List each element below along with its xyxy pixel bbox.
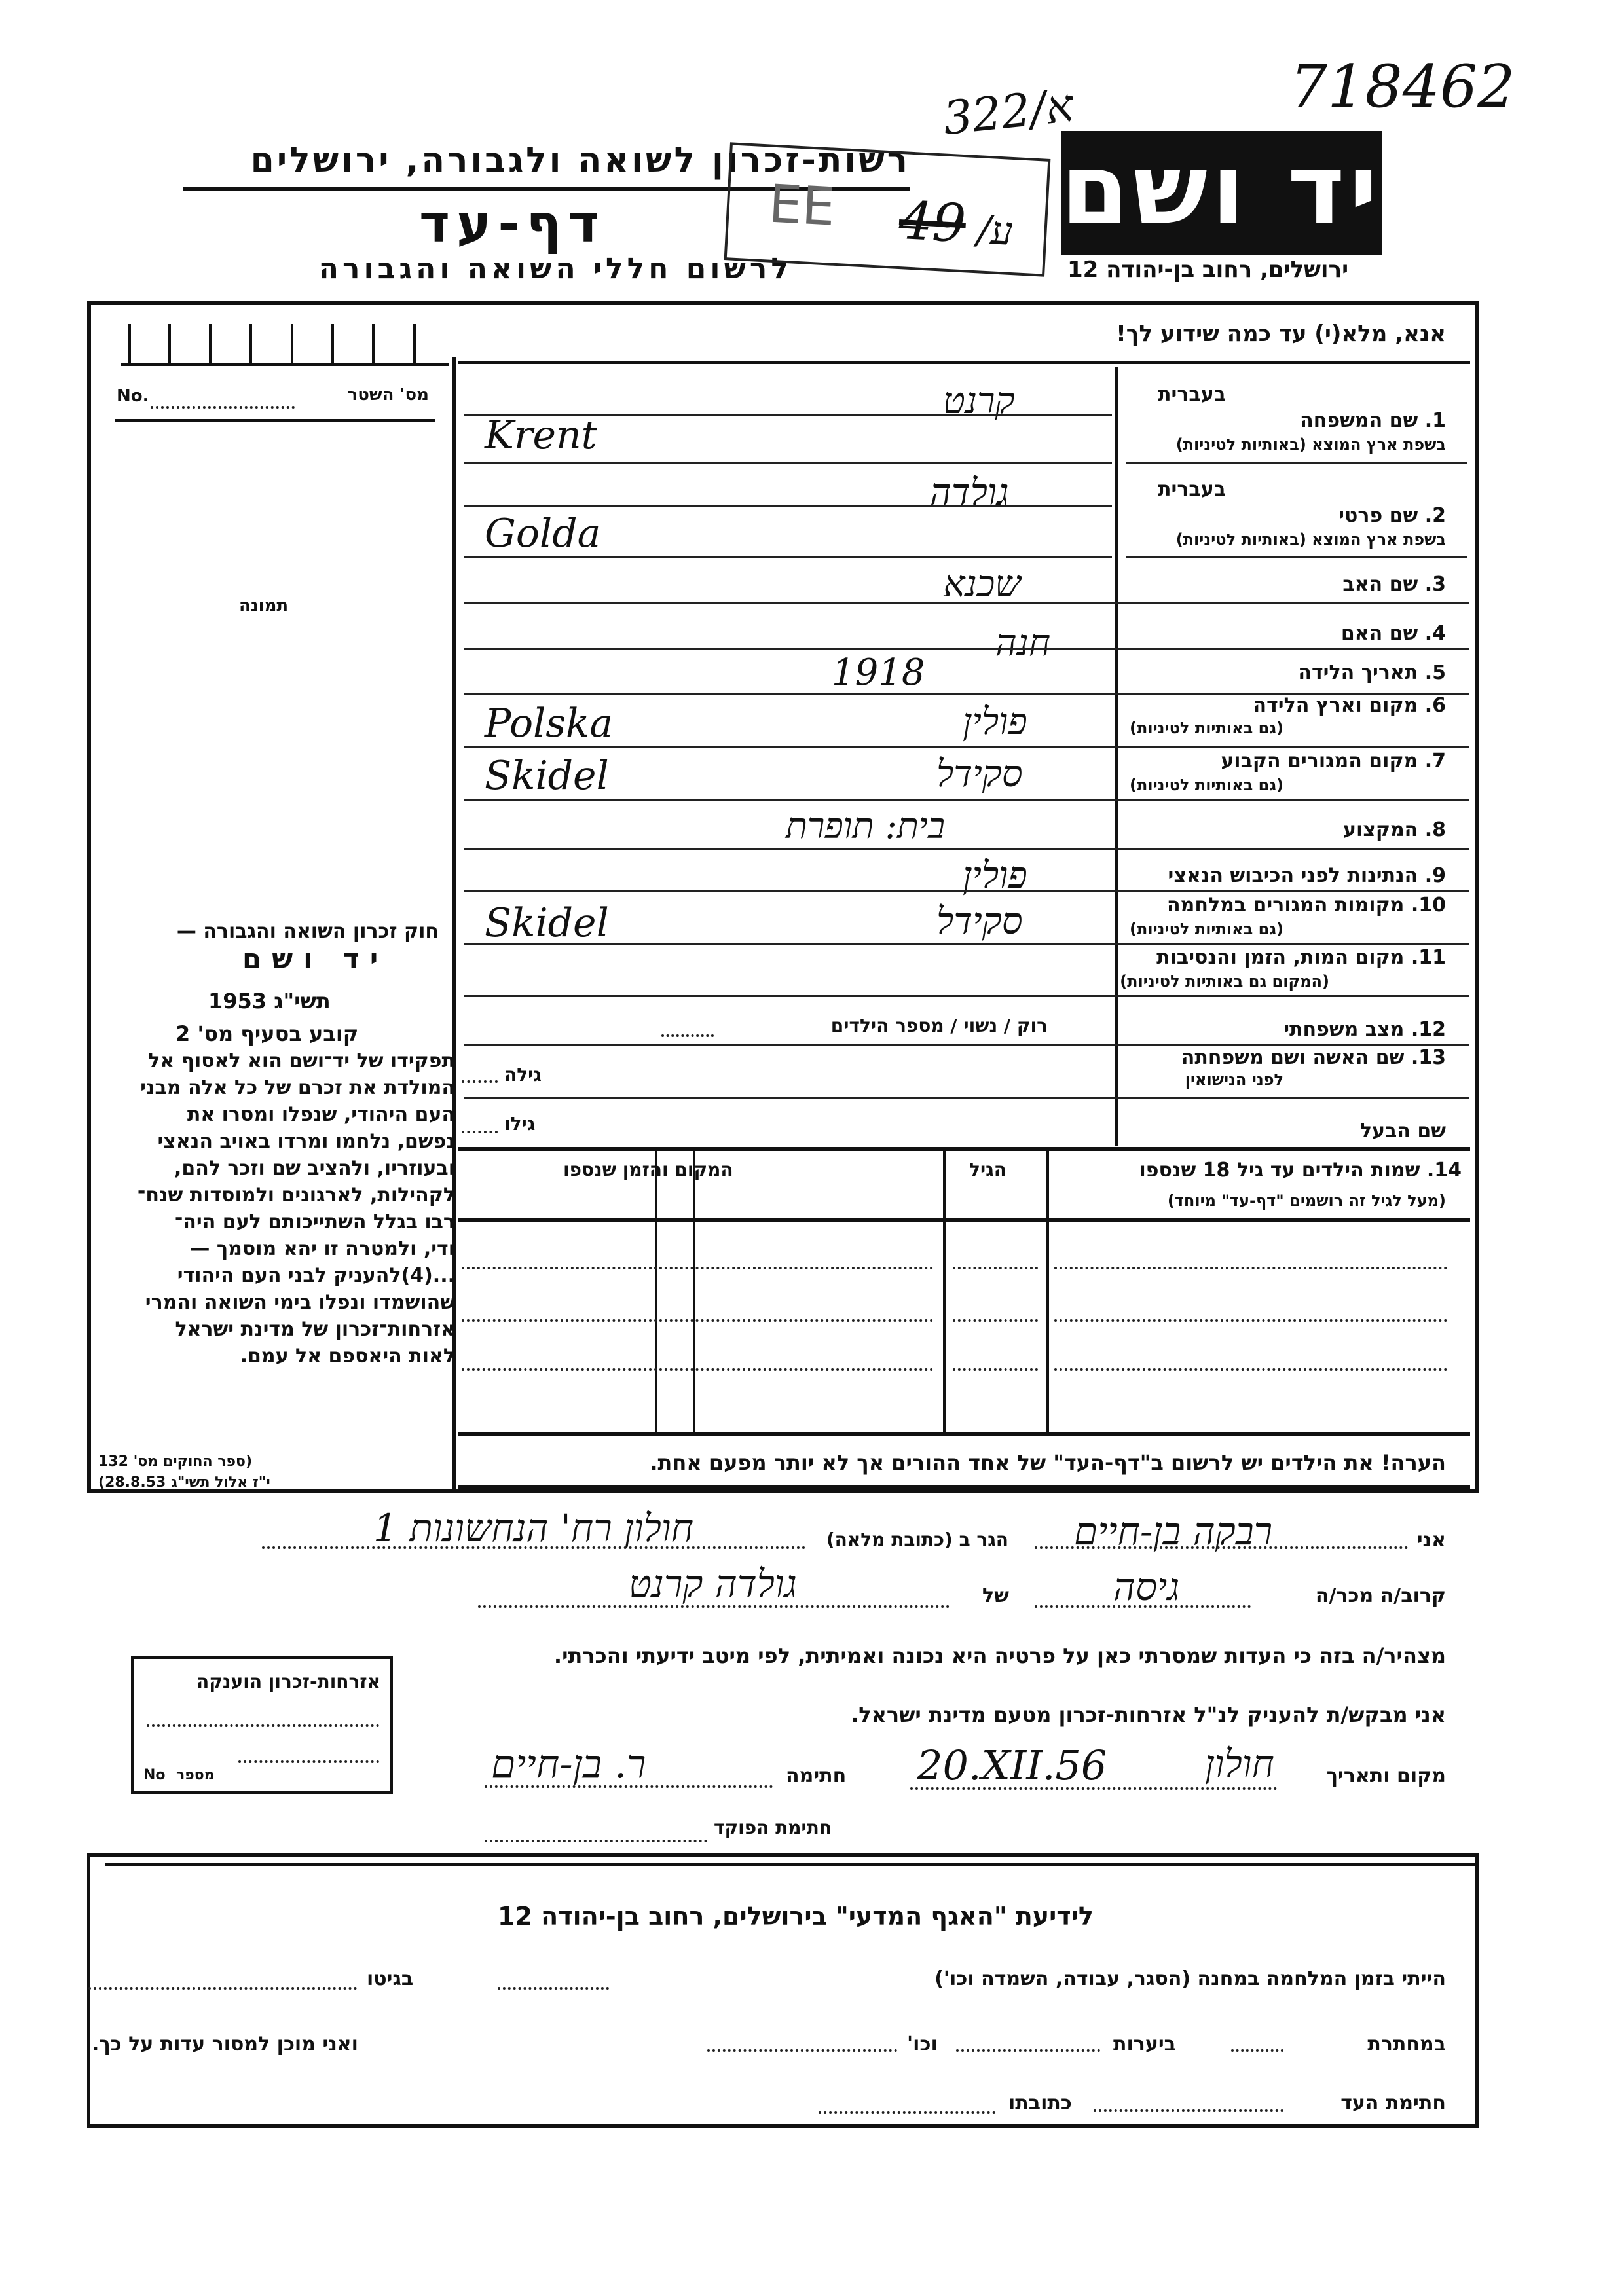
cert-no-prefix: No. (117, 386, 149, 406)
field-13-age-field[interactable] (462, 1080, 498, 1083)
field-6-latin-value[interactable]: Polska (485, 701, 613, 746)
field-12-options[interactable]: רוק / נשוי / מספר הילדים (831, 1015, 1048, 1036)
children-col-divider-1 (655, 1147, 657, 1435)
field-3-rule (464, 602, 1469, 604)
footer-line1-text: הייתי בזמן המלחמה במחנה (הסגר, עבודה, הש… (934, 1967, 1446, 1990)
field-2-latin-rule (464, 556, 1112, 558)
children-col-divider-age (943, 1147, 946, 1435)
child-row-3-name[interactable] (1054, 1368, 1447, 1371)
address: ירושלים, רחוב בן-יהודה 12 (1067, 257, 1348, 283)
field-11-value[interactable] (464, 946, 1112, 995)
field-5-value[interactable]: 1918 (832, 651, 925, 694)
footer-address-label: כתובתו (1008, 2092, 1072, 2115)
instruction-rule (458, 361, 1470, 364)
decl-signature-line (485, 1785, 773, 1788)
field-8-value[interactable]: בית: תופרת (786, 805, 945, 847)
field-2-hebrew-tag: בעברית (1158, 478, 1226, 501)
citizenship-title: אזרחות-זכרון הוענקה (196, 1671, 380, 1692)
field-6-label: 6. מקום וארץ הלידה (1253, 694, 1446, 717)
decl-of-label: של (982, 1584, 1009, 1607)
footer-witness-sig-field[interactable] (1094, 2109, 1283, 2112)
child-row-2-age[interactable] (953, 1319, 1038, 1322)
field-7-note: (גם באותיות לטיניות) (1130, 776, 1283, 794)
field-2-note: בשפת ארץ המוצא (באותיות לטיניות) (1176, 530, 1446, 549)
field-7-label: 7. מקום המגורים הקבוע (1221, 750, 1446, 773)
law-title: חוק זכרון השואה והגבורה — (177, 920, 439, 943)
child-row-1-age[interactable] (953, 1267, 1038, 1269)
decl-signature-value[interactable]: ר. בן-חיים (491, 1741, 646, 1787)
cert-number-label: מס' השטר (348, 385, 429, 405)
photo-area[interactable] (118, 426, 439, 884)
decl-address-value[interactable]: חולון רח' הנחשונות 1 (373, 1506, 693, 1550)
children-header-rule (458, 1218, 1470, 1222)
decl-of-value[interactable]: גולדה קרנט (629, 1561, 797, 1606)
instruction-text: אנא, מלא(י) עד כמה שידוע לך! (1116, 321, 1446, 347)
children-col-divider-2 (693, 1147, 695, 1435)
form-title: דף-עד (419, 193, 606, 254)
children-bottom-rule (458, 1432, 1470, 1436)
decl-signature-label: חתימה (786, 1764, 846, 1787)
stamp-suffix: /ע (976, 207, 1014, 255)
decl-relation-value[interactable]: גיסה (1113, 1565, 1179, 1609)
field-12-children-count[interactable] (661, 1034, 714, 1037)
field-2-hebrew-rule (464, 505, 1112, 507)
field-11-rule (464, 995, 1469, 997)
field-8-label: 8. המקצוע (1343, 818, 1446, 841)
field-9-rule (464, 890, 1469, 892)
field-11-note: (המקום גם באותיות לטיניות) (1120, 972, 1329, 991)
cert-number-field[interactable] (151, 406, 295, 409)
field-husband-label: שם הבעל (1360, 1120, 1446, 1142)
field-13-note: לפני הנישואין (1185, 1070, 1283, 1089)
field-husband-age-field[interactable] (462, 1131, 498, 1133)
footer-ghetto-label: בגיטו (367, 1967, 413, 1990)
field-13-rule (464, 1097, 1469, 1099)
field-4-rule (464, 648, 1469, 650)
field-1-latin-rule (464, 462, 1112, 464)
field-2-hebrew-value[interactable]: גולדה (930, 471, 1009, 514)
field-10-label: 10. מקומות המגורים במלחמה (1167, 894, 1446, 917)
stamp-number-crossed: 49 (898, 190, 968, 254)
field-1-latin-value[interactable]: Krent (485, 412, 597, 458)
field-13-age-label: גילה (504, 1064, 542, 1085)
field-5-label: 5. תאריך הלידה (1298, 661, 1446, 684)
field-6-rule (464, 746, 1469, 748)
decl-i-label: אני (1417, 1529, 1446, 1552)
field-10-rule (464, 943, 1469, 945)
citizenship-number-label: מספר (176, 1767, 215, 1783)
children-col-divider-main (1046, 1147, 1049, 1435)
footer-etc-field[interactable] (707, 2049, 897, 2052)
citizenship-no-prefix: No (143, 1767, 166, 1783)
field-8-rule (464, 848, 1469, 850)
note-text: הערה! את הילדים יש לרשום ב"דף-העד" של אח… (650, 1450, 1446, 1475)
field-11-label: 11. מקום המות, הזמן והנסיבות (1156, 946, 1446, 969)
field-husband-age-label: גילו (504, 1113, 535, 1135)
footer-underground-field[interactable] (1231, 2049, 1283, 2052)
field-10-hebrew-value[interactable]: סקידל (936, 900, 1023, 943)
decl-relative-label: קרוב/ה מכר/ה (1316, 1584, 1446, 1607)
footer-title: לידיעת "האגף המדעי" בירושלים, רחוב בן-יה… (498, 1902, 1094, 1931)
child-row-1-name[interactable] (1054, 1267, 1447, 1269)
field-13-label: 13. שם האשה ושם משפחתה (1181, 1046, 1446, 1069)
footer-ghetto-field[interactable] (88, 1987, 357, 1990)
field-2-latin-value[interactable]: Golda (485, 511, 600, 556)
citizenship-field-1[interactable] (147, 1724, 379, 1727)
footer-camp-field[interactable] (498, 1987, 609, 1990)
footer-forests-label: ביערות (1113, 2033, 1176, 2056)
field-1-hebrew-tag: בעברית (1158, 383, 1226, 406)
decl-name-line (1035, 1546, 1408, 1549)
field-10-latin-value[interactable]: Skidel (485, 900, 609, 946)
decl-resides-label: הגר ב (כתובת מלאה) (826, 1529, 1008, 1550)
cert-rule (115, 419, 435, 422)
field-7-latin-value[interactable]: Skidel (485, 753, 609, 799)
registration-stamp: EE 49 /ע (724, 142, 1051, 276)
field-3-label: 3. שם האב (1342, 573, 1446, 596)
law-name: יד ושם (242, 943, 388, 975)
citizenship-number-field[interactable] (238, 1760, 379, 1763)
children-subtitle: (מעל לגיל זה רושמים "דף-עד" מיוחד) (1168, 1192, 1446, 1210)
law-year: תשי"ג 1953 (208, 989, 331, 1013)
field-9-label: 9. הנתינות לפני הכיבוש הנאצי (1168, 864, 1446, 887)
footer-frame (87, 1853, 1479, 2128)
decl-statement: מצהיר/ה בזה כי העדות שמסרתי כאן על פרטיה… (554, 1643, 1446, 1668)
field-7-hebrew-value[interactable]: סקידל (936, 753, 1023, 795)
decl-request: אני מבקש/ת להעניק לנ"ל אזרחות-זכרון מטעם… (851, 1702, 1446, 1727)
stamp-letters: EE (767, 173, 837, 238)
labels-divider (1115, 367, 1118, 1146)
field-4-value[interactable]: חנה (995, 622, 1050, 665)
decl-of-line (478, 1605, 950, 1608)
footer-ready-text: ואני מוכן למסור עדות על כך. (92, 2033, 358, 2056)
child-row-2-place[interactable] (462, 1319, 933, 1322)
decl-officer-sig-field[interactable] (485, 1840, 707, 1842)
form-subtitle: לרשום חללי השואה והגבורה (319, 252, 792, 285)
yad-vashem-logo: יד ושם (1061, 131, 1382, 255)
note-rule (458, 1485, 1470, 1489)
field-6-hebrew-value[interactable]: פולין (963, 701, 1027, 743)
field-husband-rule (458, 1147, 1470, 1151)
law-citation-1: (ספר החוקים מס' 132 (98, 1453, 252, 1470)
law-text: תפקידו של יד־ושם הוא לאסוף אל המולדת את … (98, 1048, 455, 1370)
footer-underground-label: במחתרת (1367, 2033, 1446, 2056)
field-1-note: בשפת ארץ המוצא (באותיות לטיניות) (1176, 435, 1446, 454)
decl-place-value[interactable]: חולון (1205, 1741, 1274, 1786)
handwritten-ref: 322/א (940, 79, 1076, 146)
footer-forests-field[interactable] (956, 2049, 1100, 2052)
children-title: 14. שמות הילדים עד גיל 18 שנספו (1139, 1159, 1462, 1182)
field-4-label: 4. שם האם (1341, 622, 1446, 645)
decl-address-line (262, 1546, 805, 1549)
law-citation-2: י"ז אלול תשי"ג 28.8.53) (98, 1474, 270, 1491)
decl-date-value[interactable]: 20.XII.56 (917, 1741, 1107, 1789)
handwritten-record-number: 718462 (1290, 52, 1515, 121)
field-12-label: 12. מצב משפחתי (1283, 1018, 1446, 1041)
decl-relation-line (1035, 1605, 1251, 1608)
children-col-age: הגיל (969, 1159, 1006, 1180)
field-1-label: 1. שם המשפחה (1300, 409, 1446, 432)
footer-witness-sig-label: חתימת העד (1340, 2092, 1446, 2115)
field-10-note: (גם באותיות לטיניות) (1130, 920, 1283, 938)
footer-etc-label: וכו' (907, 2033, 938, 2056)
child-row-2-name[interactable] (1054, 1319, 1447, 1322)
child-row-3-age[interactable] (953, 1368, 1038, 1371)
decl-officer-sig-label: חתימת הפוקד (714, 1817, 832, 1838)
decl-place-date-line (910, 1787, 1277, 1790)
field-6-note: (גם באותיות לטיניות) (1130, 719, 1283, 737)
law-section: קובע בסעיף מס' 2 (175, 1021, 358, 1046)
children-col-place-time: המקום והזמן שנספו (563, 1159, 733, 1180)
citizenship-box: אזרחות-זכרון הוענקה מספר No (131, 1656, 393, 1794)
field-2-label: 2. שם פרטי (1338, 504, 1446, 527)
field-7-rule (464, 799, 1469, 801)
decl-place-date-label: מקום ותאריך (1327, 1764, 1446, 1787)
child-row-1-place[interactable] (462, 1267, 933, 1269)
child-row-3-place[interactable] (462, 1368, 933, 1371)
footer-address-field[interactable] (819, 2111, 995, 2114)
field-3-value[interactable]: שכנא (943, 563, 1021, 606)
